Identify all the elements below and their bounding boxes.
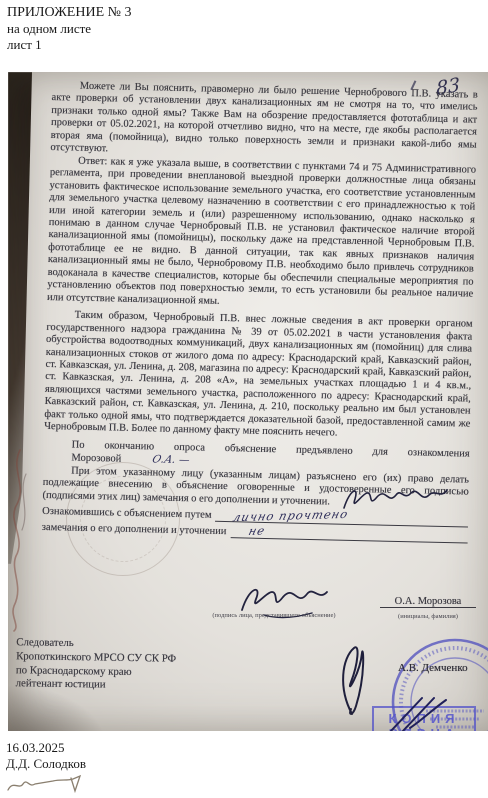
signature-caption-left: (подпись лица, представившего объяснение… xyxy=(204,612,344,620)
appendix-title: ПРИЛОЖЕНИЕ № 3 xyxy=(7,4,132,21)
fill-line-2-handwriting: не xyxy=(247,524,267,537)
signature-morozova-small xyxy=(338,484,450,516)
conclusion-paragraph: Таким образом, Чернобровый П.В. внес лож… xyxy=(44,309,473,443)
scanned-document-photo: 83 Можете ли Вы пояснить, правомерно ли … xyxy=(8,72,488,731)
fill-line-2-blank: не xyxy=(230,524,468,543)
signature-solodkov xyxy=(4,772,92,798)
certification-footer: 16.03.2025 Д.Д. Солодков xyxy=(6,740,86,772)
morozova-typed-name: О.А. Морозова xyxy=(380,596,476,608)
investigator-block: Следователь Кропоткинского МРСО СУ СК РФ… xyxy=(16,636,247,695)
footer-date: 16.03.2025 xyxy=(6,740,86,756)
question-paragraph: Можете ли Вы пояснить, правомерно ли был… xyxy=(50,80,478,164)
fill-line-1-handwriting: лично прочтено xyxy=(232,507,350,523)
fill-line-1-label: Ознакомившись с объяснением путем xyxy=(42,505,212,521)
margin-handwriting xyxy=(8,444,34,634)
typed-body-text: Можете ли Вы пояснить, правомерно ли был… xyxy=(42,80,478,544)
footer-name: Д.Д. Солодков xyxy=(6,756,86,772)
investigator-name: А.В. Демченко xyxy=(398,662,468,674)
signature-investigator xyxy=(328,642,372,720)
sheet-number: лист 1 xyxy=(7,37,132,53)
appendix-subtitle: на одном листе xyxy=(7,21,132,37)
signature-caption-right: (инициалы, фамилия) xyxy=(374,613,482,620)
signature-over-copy-stamp xyxy=(378,694,456,731)
answer-paragraph: Ответ: как я уже указала выше, в соответ… xyxy=(47,155,476,314)
document-header: ПРИЛОЖЕНИЕ № 3 на одном листе лист 1 xyxy=(7,4,132,53)
handwritten-initials: О.А. — xyxy=(122,453,190,467)
familiarization-name: Морозовой xyxy=(71,453,121,465)
